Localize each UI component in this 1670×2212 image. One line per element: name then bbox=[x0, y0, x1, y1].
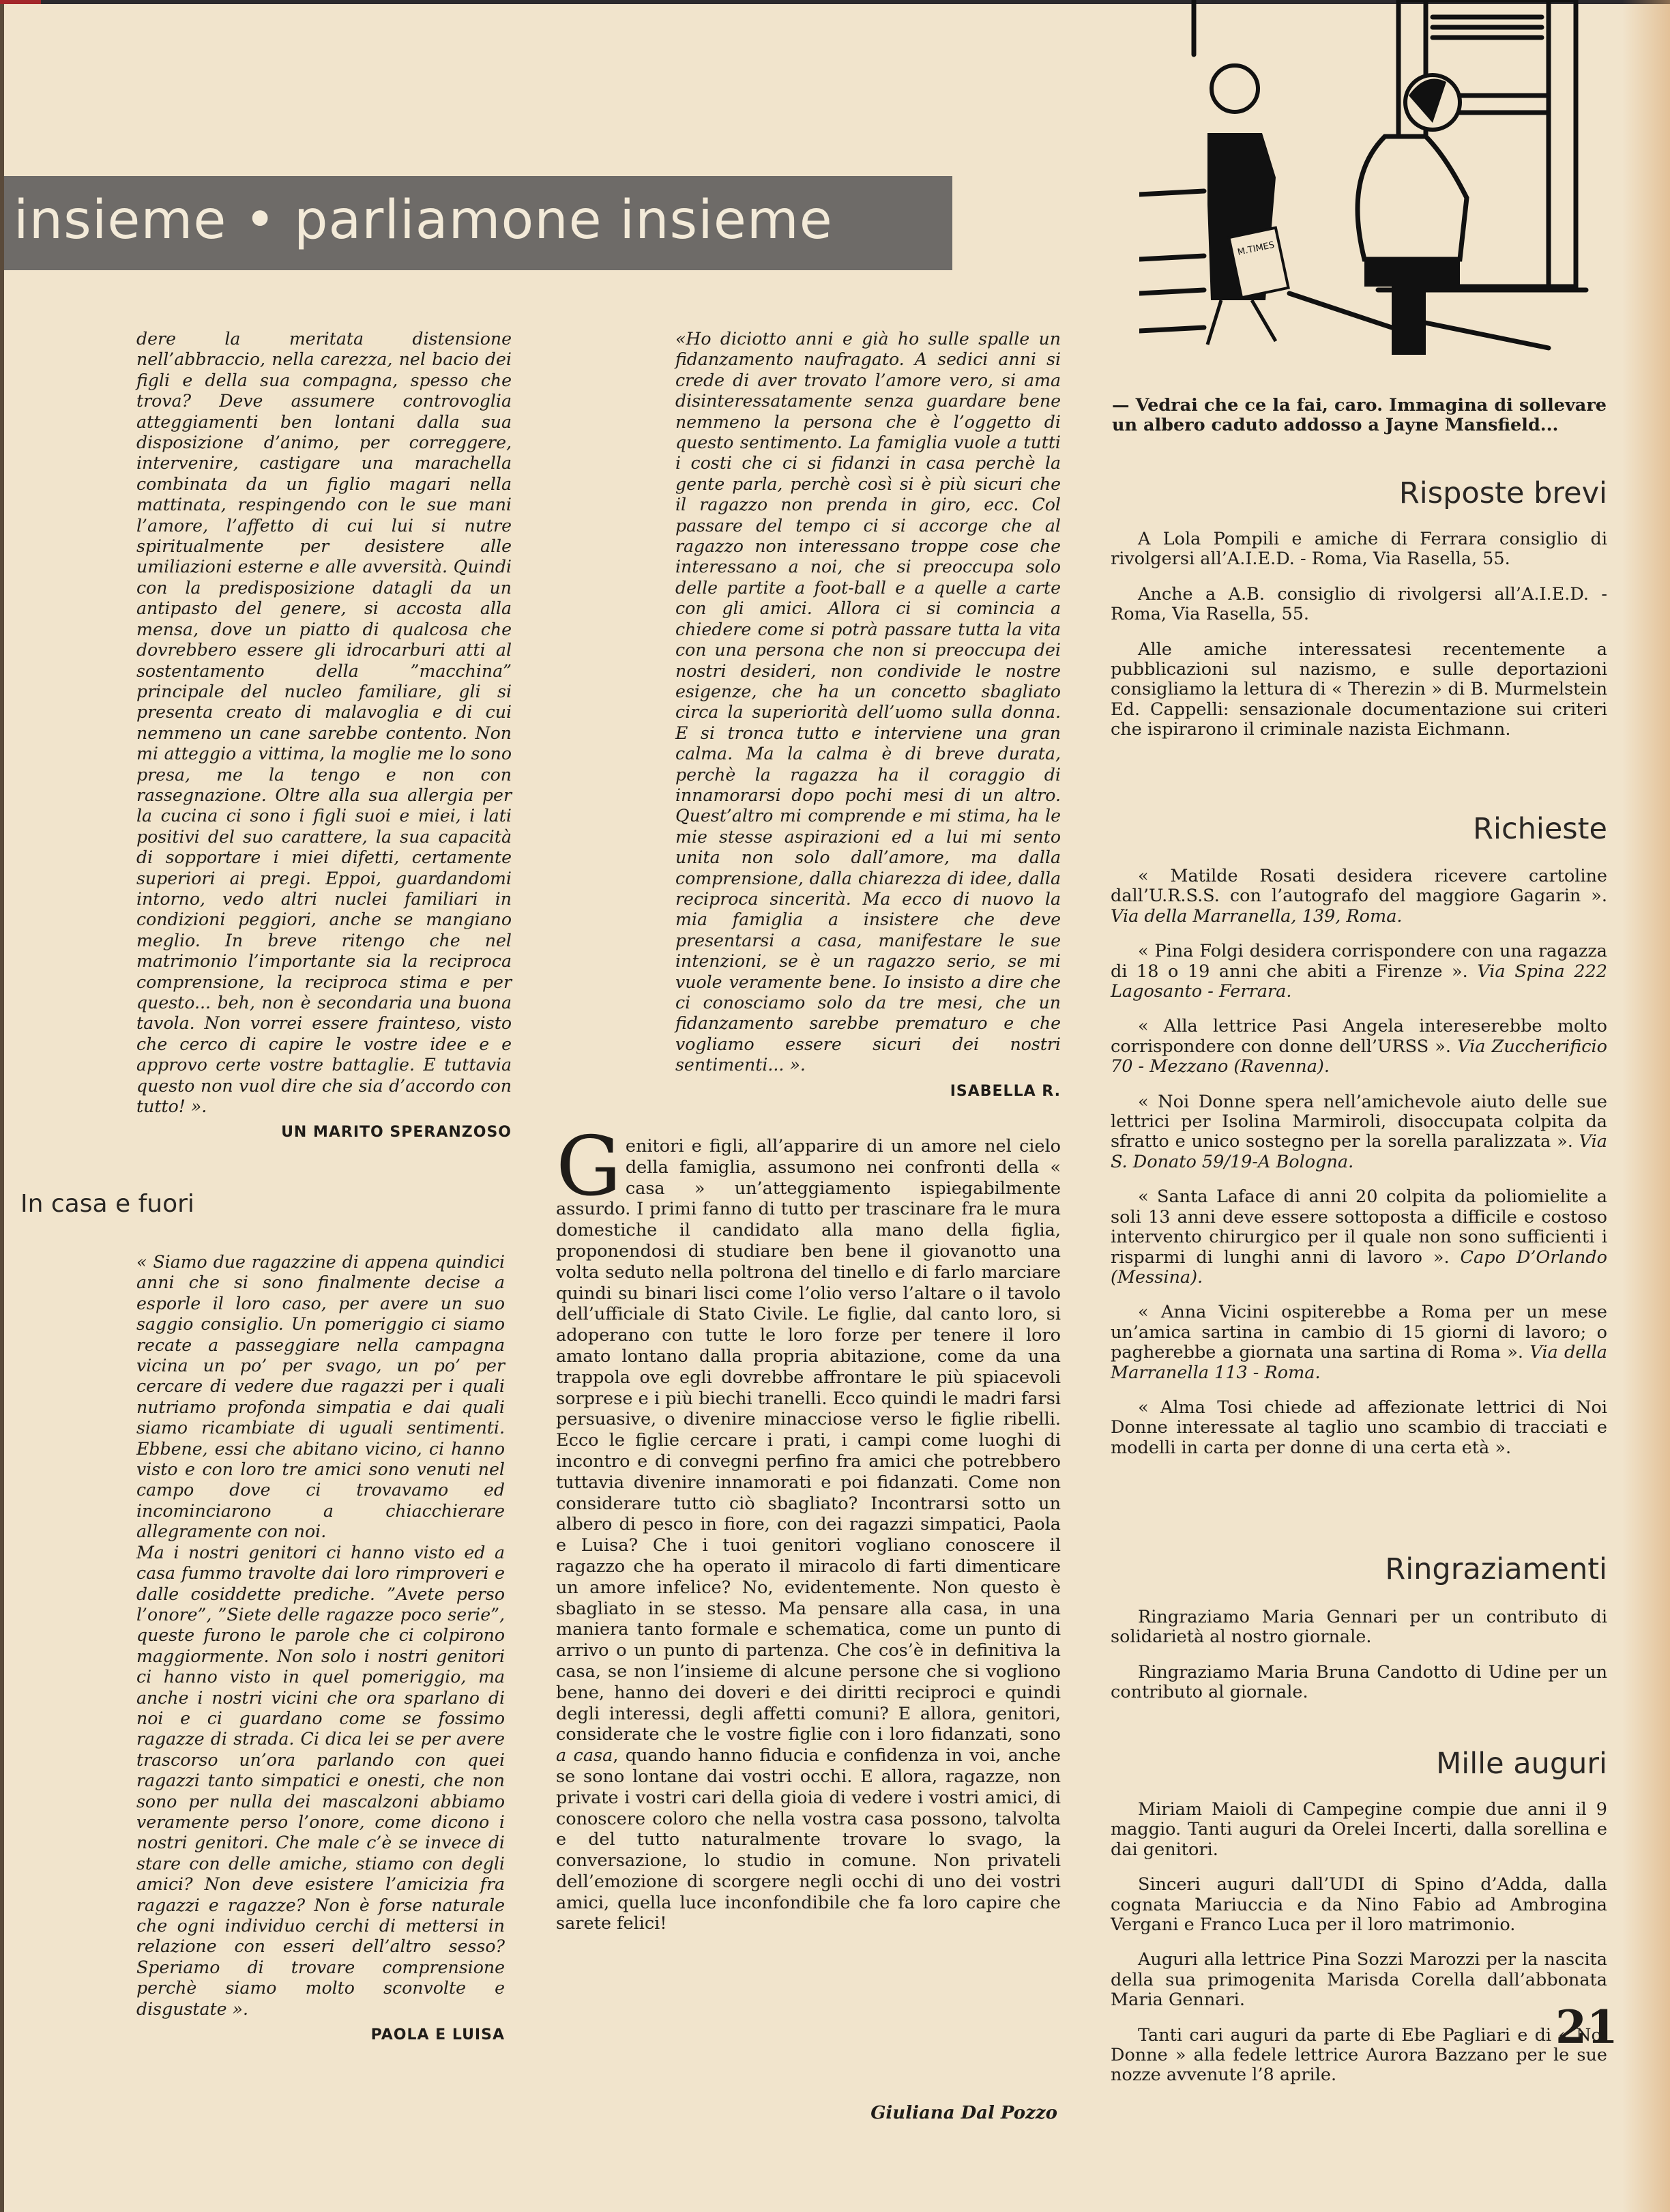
reply-author: Giuliana Dal Pozzo bbox=[785, 2103, 1057, 2123]
page-number: 21 bbox=[1555, 2000, 1618, 2054]
augurio-item: Miriam Maioli di Campegine compie due an… bbox=[1111, 1800, 1607, 1860]
risposta-item: Anche a A.B. consiglio di rivolgersi all… bbox=[1111, 585, 1607, 625]
augurio-item: Sinceri auguri dall’UDI di Spino d’Adda,… bbox=[1111, 1875, 1607, 1935]
signature-marito: UN MARITO SPERANZOSO bbox=[136, 1122, 512, 1143]
richieste-list: « Matilde Rosati desidera ricevere carto… bbox=[1111, 867, 1607, 1473]
page-left-edge bbox=[0, 4, 4, 2212]
heading-richieste: Richieste bbox=[1111, 812, 1607, 846]
letter-marito-text: dere la meritata distensione nell’abbrac… bbox=[136, 329, 512, 1117]
heading-ringraziamenti: Ringraziamenti bbox=[1111, 1552, 1607, 1586]
section-banner: insieme • parliamone insieme bbox=[4, 176, 952, 270]
risposte-brevi-list: A Lola Pompili e amiche di Ferrara consi… bbox=[1111, 529, 1607, 755]
augurio-item: Auguri alla lettrice Pina Sozzi Marozzi … bbox=[1111, 1950, 1607, 2010]
risposta-item: A Lola Pompili e amiche di Ferrara consi… bbox=[1111, 529, 1607, 570]
banner-title: insieme • parliamone insieme bbox=[14, 190, 833, 251]
letter-paola-luisa-text-2: Ma i nostri genitori ci hanno visto ed a… bbox=[136, 1543, 505, 2020]
ringraziamenti-list: Ringraziamo Maria Gennari per un contrib… bbox=[1111, 1607, 1607, 1718]
risposta-item: Alle amiche interessatesi recentemente a… bbox=[1111, 640, 1607, 740]
richiesta-item: « Alla lettrice Pasi Angela intereserebb… bbox=[1111, 1017, 1607, 1077]
letter-paola-luisa-text: « Siamo due ragazzine di appena quindici… bbox=[136, 1252, 505, 1543]
richiesta-item: « Alma Tosi chiede ad affezionate lettri… bbox=[1111, 1398, 1607, 1458]
richiesta-item: « Santa Laface di anni 20 colpita da pol… bbox=[1111, 1187, 1607, 1287]
letter-paola-luisa: « Siamo due ragazzine di appena quindici… bbox=[136, 1252, 505, 2046]
richiesta-item: « Pina Folgi desidera corrispondere con … bbox=[1111, 942, 1607, 1002]
letter-isabella-text: «Ho diciotto anni e già ho sulle spalle … bbox=[675, 329, 1061, 1076]
richiesta-item: « Anna Vicini ospiterebbe a Roma per un … bbox=[1111, 1303, 1607, 1383]
letter-marito: dere la meritata distensione nell’abbrac… bbox=[136, 329, 512, 1144]
reply-italic-phrase: a casa bbox=[556, 1745, 613, 1766]
ringraziamento-item: Ringraziamo Maria Gennari per un contrib… bbox=[1111, 1607, 1607, 1648]
mille-auguri-list: Miriam Maioli di Campegine compie due an… bbox=[1111, 1800, 1607, 2101]
richiesta-item: « Noi Donne spera nell’amichevole aiuto … bbox=[1111, 1092, 1607, 1173]
letter-isabella: «Ho diciotto anni e già ho sulle spalle … bbox=[675, 329, 1061, 1102]
signature-isabella: ISABELLA R. bbox=[675, 1081, 1061, 1102]
editorial-reply: Genitori e figli, all’apparire di un amo… bbox=[556, 1136, 1061, 1934]
heading-in-casa-e-fuori: In casa e fuori bbox=[20, 1190, 194, 1218]
ringraziamento-item: Ringraziamo Maria Bruna Candotto di Udin… bbox=[1111, 1663, 1607, 1703]
drop-cap: G bbox=[556, 1136, 621, 1199]
reply-text: enitori e figli, all’apparire di un amor… bbox=[556, 1136, 1061, 1745]
heading-mille-auguri: Mille auguri bbox=[1111, 1747, 1607, 1781]
binding-strip bbox=[0, 0, 41, 4]
richiesta-item: « Matilde Rosati desidera ricevere carto… bbox=[1111, 867, 1607, 927]
cartoon-caption: — Vedrai che ce la fai, caro. Immagina d… bbox=[1112, 396, 1607, 435]
reply-text-end: , quando hanno fiducia e confidenza in v… bbox=[556, 1745, 1061, 1934]
heading-risposte-brevi: Risposte brevi bbox=[1111, 476, 1607, 510]
cartoon-illustration-icon: M.TIMES bbox=[1139, 0, 1630, 355]
augurio-item: Tanti cari auguri da parte di Ebe Paglia… bbox=[1111, 2026, 1607, 2086]
signature-paola-luisa: PAOLA E LUISA bbox=[136, 2025, 505, 2046]
